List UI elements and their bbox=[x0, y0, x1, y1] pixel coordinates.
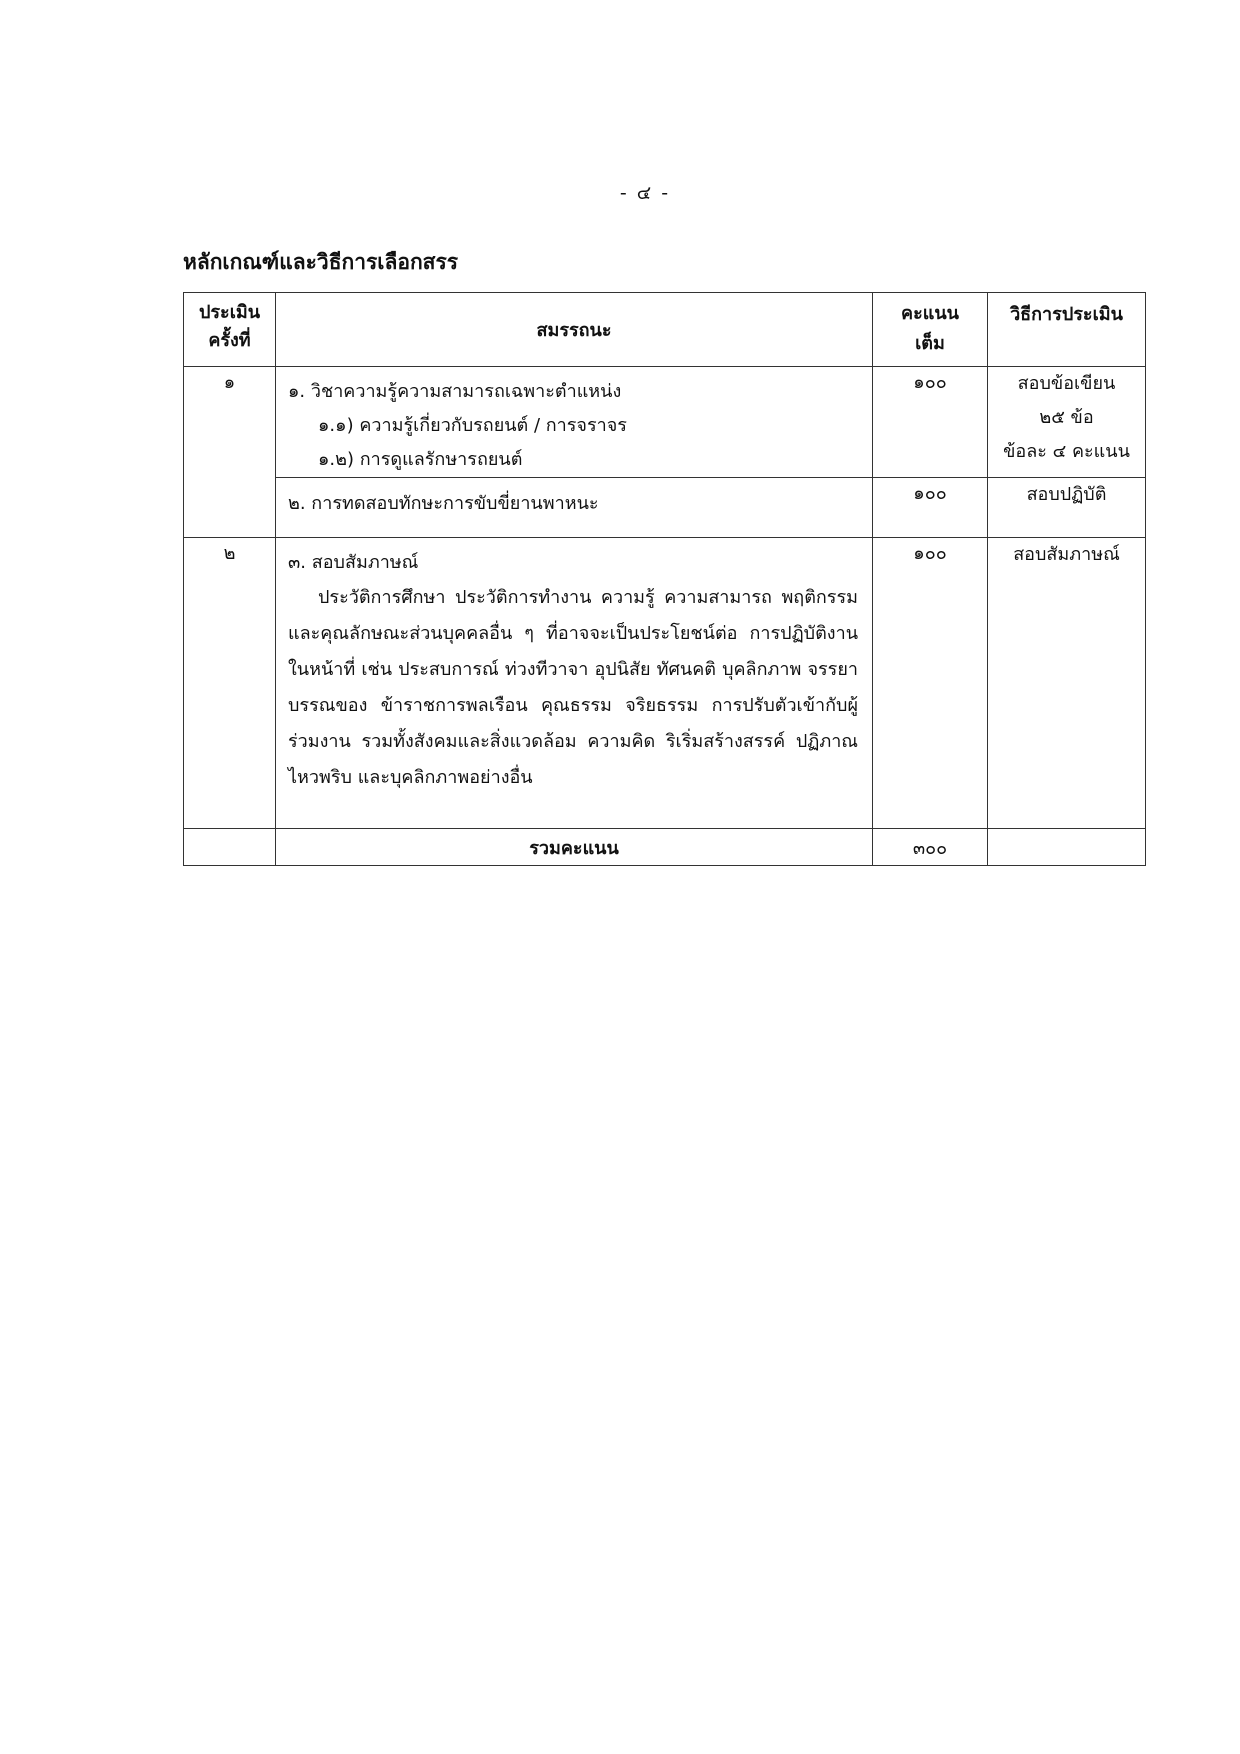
competency-description: ประวัติการศึกษา ประวัติการทำงาน ความรู้ … bbox=[276, 580, 872, 796]
table-row: ๒. การทดสอบทักษะการขับขี่ยานพาหนะ ๑๐๐ สอ… bbox=[184, 478, 1146, 538]
header-score: คะแนน เต็ม bbox=[873, 293, 988, 367]
method-line: ข้อละ ๔ คะแนน bbox=[988, 435, 1145, 469]
method-cell: สอบปฏิบัติ bbox=[988, 478, 1146, 538]
total-row: รวมคะแนน ๓๐๐ bbox=[184, 829, 1146, 866]
round-cell: ๒ bbox=[184, 538, 276, 829]
empty-cell bbox=[988, 829, 1146, 866]
total-label: รวมคะแนน bbox=[276, 829, 873, 866]
header-round-line1: ประเมิน bbox=[184, 299, 275, 327]
competency-subitem: ๑.๑) ความรู้เกี่ยวกับรถยนต์ / การจราจร bbox=[276, 409, 872, 443]
header-score-line2: เต็ม bbox=[873, 329, 987, 359]
competency-title: ๑. วิชาความรู้ความสามารถเฉพาะตำแหน่ง bbox=[276, 367, 872, 409]
competency-title: ๒. การทดสอบทักษะการขับขี่ยานพาหนะ bbox=[276, 478, 872, 517]
round-cell: ๑ bbox=[184, 367, 276, 538]
method-cell: สอบสัมภาษณ์ bbox=[988, 538, 1146, 829]
empty-cell bbox=[184, 829, 276, 866]
header-round-line2: ครั้งที่ bbox=[184, 327, 275, 355]
competency-cell: ๓. สอบสัมภาษณ์ ประวัติการศึกษา ประวัติกา… bbox=[276, 538, 873, 829]
score-cell: ๑๐๐ bbox=[873, 538, 988, 829]
header-method: วิธีการประเมิน bbox=[988, 293, 1146, 367]
method-line: ๒๕ ข้อ bbox=[988, 401, 1145, 435]
score-cell: ๑๐๐ bbox=[873, 367, 988, 478]
selection-criteria-table: ประเมิน ครั้งที่ สมรรถนะ คะแนน เต็ม วิธี… bbox=[183, 292, 1146, 866]
table-row: ๒ ๓. สอบสัมภาษณ์ ประวัติการศึกษา ประวัติ… bbox=[184, 538, 1146, 829]
method-line: สอบข้อเขียน bbox=[988, 367, 1145, 401]
header-competency: สมรรถนะ bbox=[276, 293, 873, 367]
table-row: ๑ ๑. วิชาความรู้ความสามารถเฉพาะตำแหน่ง ๑… bbox=[184, 367, 1146, 478]
score-cell: ๑๐๐ bbox=[873, 478, 988, 538]
header-score-line1: คะแนน bbox=[873, 299, 987, 329]
table-header-row: ประเมิน ครั้งที่ สมรรถนะ คะแนน เต็ม วิธี… bbox=[184, 293, 1146, 367]
header-round: ประเมิน ครั้งที่ bbox=[184, 293, 276, 367]
competency-subitem: ๑.๒) การดูแลรักษารถยนต์ bbox=[276, 443, 872, 477]
competency-cell: ๒. การทดสอบทักษะการขับขี่ยานพาหนะ bbox=[276, 478, 873, 538]
method-cell: สอบข้อเขียน ๒๕ ข้อ ข้อละ ๔ คะแนน bbox=[988, 367, 1146, 478]
competency-cell: ๑. วิชาความรู้ความสามารถเฉพาะตำแหน่ง ๑.๑… bbox=[276, 367, 873, 478]
total-score: ๓๐๐ bbox=[873, 829, 988, 866]
section-title: หลักเกณฑ์และวิธีการเลือกสรร bbox=[183, 246, 458, 279]
competency-title: ๓. สอบสัมภาษณ์ bbox=[276, 538, 872, 580]
page-number: - ๔ - bbox=[0, 178, 1240, 208]
